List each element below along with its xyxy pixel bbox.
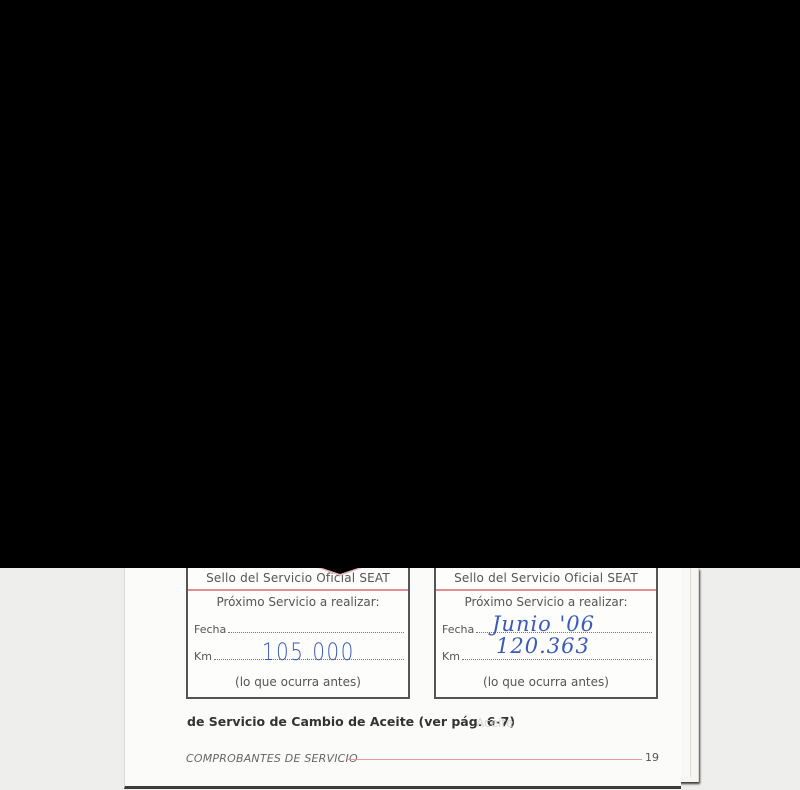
handwritten-km: 120.363 [496, 634, 590, 658]
condition-note: (lo que ocurra antes) [436, 675, 656, 689]
page-number: 19 [645, 751, 659, 764]
footer-section-title: COMPROBANTES DE SERVICIO [186, 752, 358, 765]
stamp-title: Sello del Servicio Oficial SEAT [188, 571, 408, 585]
divider [436, 589, 656, 591]
stamp-title: Sello del Servicio Oficial SEAT [436, 571, 656, 585]
service-stamp-box: Sello del Servicio Oficial SEAT Próximo … [186, 568, 410, 699]
condition-note: (lo que ocurra antes) [188, 675, 408, 689]
fecha-label: Fecha [194, 623, 226, 636]
next-service-label: Próximo Servicio a realizar: [188, 595, 408, 609]
fecha-dotted-line [228, 622, 404, 633]
stamp-mark-inner [322, 568, 358, 574]
service-stamp-box: Sello del Servicio Oficial SEAT Próximo … [434, 568, 658, 699]
next-service-label: Próximo Servicio a realizar: [436, 595, 656, 609]
divider [188, 589, 408, 591]
show-through-text: Aceite [476, 716, 513, 730]
fecha-label: Fecha [442, 623, 474, 636]
km-label: Km [442, 650, 460, 663]
section-heading: de Servicio de Cambio de Aceite (ver pág… [187, 714, 515, 729]
fecha-field: Fecha [194, 622, 404, 636]
handwritten-km: 105.000 [262, 638, 355, 666]
footer-divider [348, 759, 642, 760]
handwritten-fecha: Junio '06 [492, 612, 595, 636]
km-label: Km [194, 650, 212, 663]
